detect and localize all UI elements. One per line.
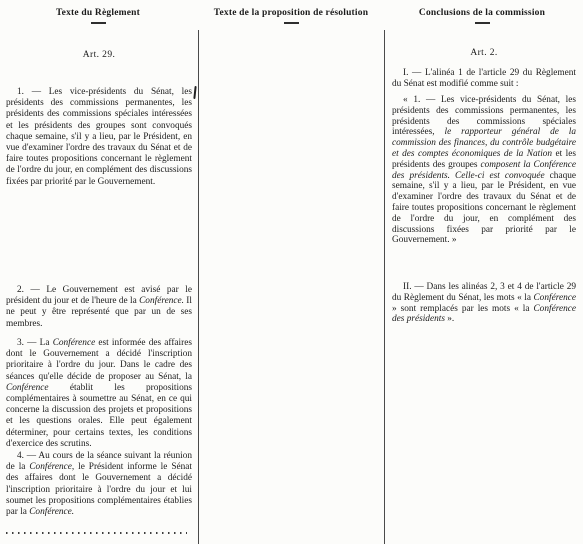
article-label: Art. 29. xyxy=(6,50,192,61)
paragraph-quoted-1: « 1. — Les vice-présidents du Sénat, les… xyxy=(392,95,576,246)
scan-ink-mark xyxy=(193,86,196,99)
paragraph-1: 1. — Les vice-présidents du Sénat, les p… xyxy=(6,87,192,188)
column-divider-right xyxy=(384,30,385,544)
text-segment-italic: Conférence. xyxy=(29,507,74,517)
text-segment-italic: Conférence xyxy=(6,383,49,393)
paragraph-2: 2. — Le Gouvernement est avisé par le pr… xyxy=(6,285,192,330)
text-segment: chaque semaine, s'il y a lieu, par le Pr… xyxy=(392,171,576,246)
text-segment: ». xyxy=(445,314,454,324)
column-texte-reglement: Art. 29. 1. — Les vice-présidents du Sén… xyxy=(6,0,192,544)
dotted-separator xyxy=(6,532,187,534)
paragraph-II: II. — Dans les alinéas 2, 3 et 4 de l'ar… xyxy=(392,282,576,325)
article-label: Art. 2. xyxy=(392,48,576,59)
paragraph-I: I. — L'alinéa 1 de l'article 29 du Règle… xyxy=(392,68,576,90)
text-segment-italic: Conférence xyxy=(53,338,96,348)
column-divider-left xyxy=(198,30,199,544)
column-proposition-resolution xyxy=(205,0,381,544)
paragraph-4: 4. — Au cours de la séance suivant la ré… xyxy=(6,451,192,518)
text-segment: 3. — La xyxy=(17,338,53,348)
document-page: Texte du Règlement Texte de la propositi… xyxy=(0,0,583,544)
text-segment-italic: Conférence, xyxy=(29,462,74,472)
column-conclusions-commission: Art. 2. I. — L'alinéa 1 de l'article 29 … xyxy=(392,0,576,544)
text-segment: » sont remplacés par les mots « la xyxy=(392,304,533,314)
paragraph-3: 3. — La Conférence est informée des affa… xyxy=(6,338,192,450)
text-segment-italic: Conférence. xyxy=(139,296,184,306)
text-segment-italic: Conférence xyxy=(533,293,576,303)
